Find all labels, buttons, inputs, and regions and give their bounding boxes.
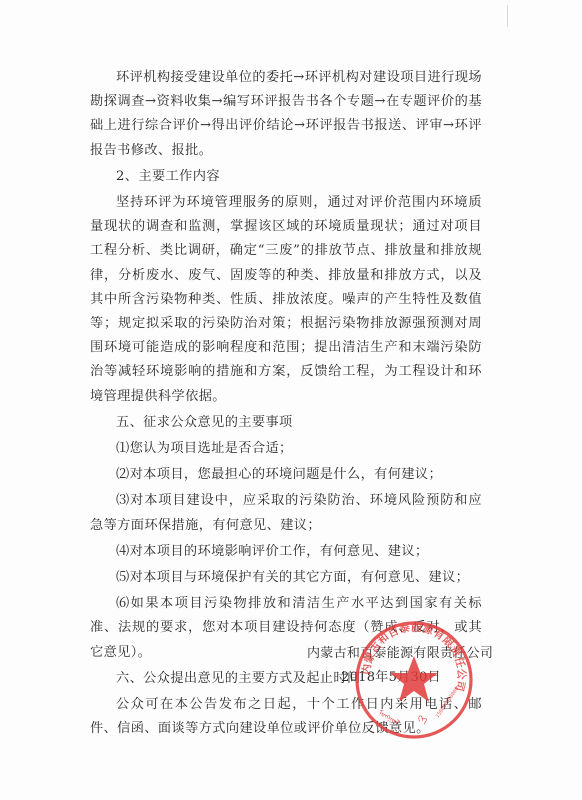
svg-text:150000000000: 150000000000 <box>435 686 461 719</box>
opinion-item-3: ⑶对本项目建设中，应采取的污染防治、环境风险预防和应急等方面环保措施，有何意见、… <box>90 489 482 537</box>
opinion-item-1: ⑴您认为项目选址是否合适； <box>90 437 482 461</box>
section-heading-main-work: 2、主要工作内容 <box>90 165 482 189</box>
opinion-item-4: ⑷对本项目的环境影响评价工作，有何意见、建议； <box>90 540 482 564</box>
opinion-item-5: ⑸对本项目与环境保护有关的其它方面，有何意见、建议； <box>90 566 482 590</box>
svg-text:ᠬᠡ: ᠬᠡ <box>418 715 427 725</box>
opinion-item-2: ⑵对本项目，您最担心的环境问题是什么，有何建议； <box>90 463 482 487</box>
document-page: 环评机构接受建设单位的委托→环评机构对建设项目进行现场勘探调查→资料收集→编写环… <box>0 0 582 800</box>
main-work-paragraph: 坚持环评为环境管理服务的原则，通过对评价范围内环境质量现状的调查和监测，掌握该区… <box>90 191 482 409</box>
scan-edge-mark <box>507 5 508 27</box>
company-seal-icon: 内蒙古和百泰能源有限责任公司 ᠮᠣᠩᠭᠣᠯ ᠬᠡ 150000000000 <box>352 618 476 742</box>
process-paragraph: 环评机构接受建设单位的委托→环评机构对建设项目进行现场勘探调查→资料收集→编写环… <box>90 66 482 163</box>
section-heading-public-opinion: 五、征求公众意见的主要事项 <box>90 411 482 435</box>
